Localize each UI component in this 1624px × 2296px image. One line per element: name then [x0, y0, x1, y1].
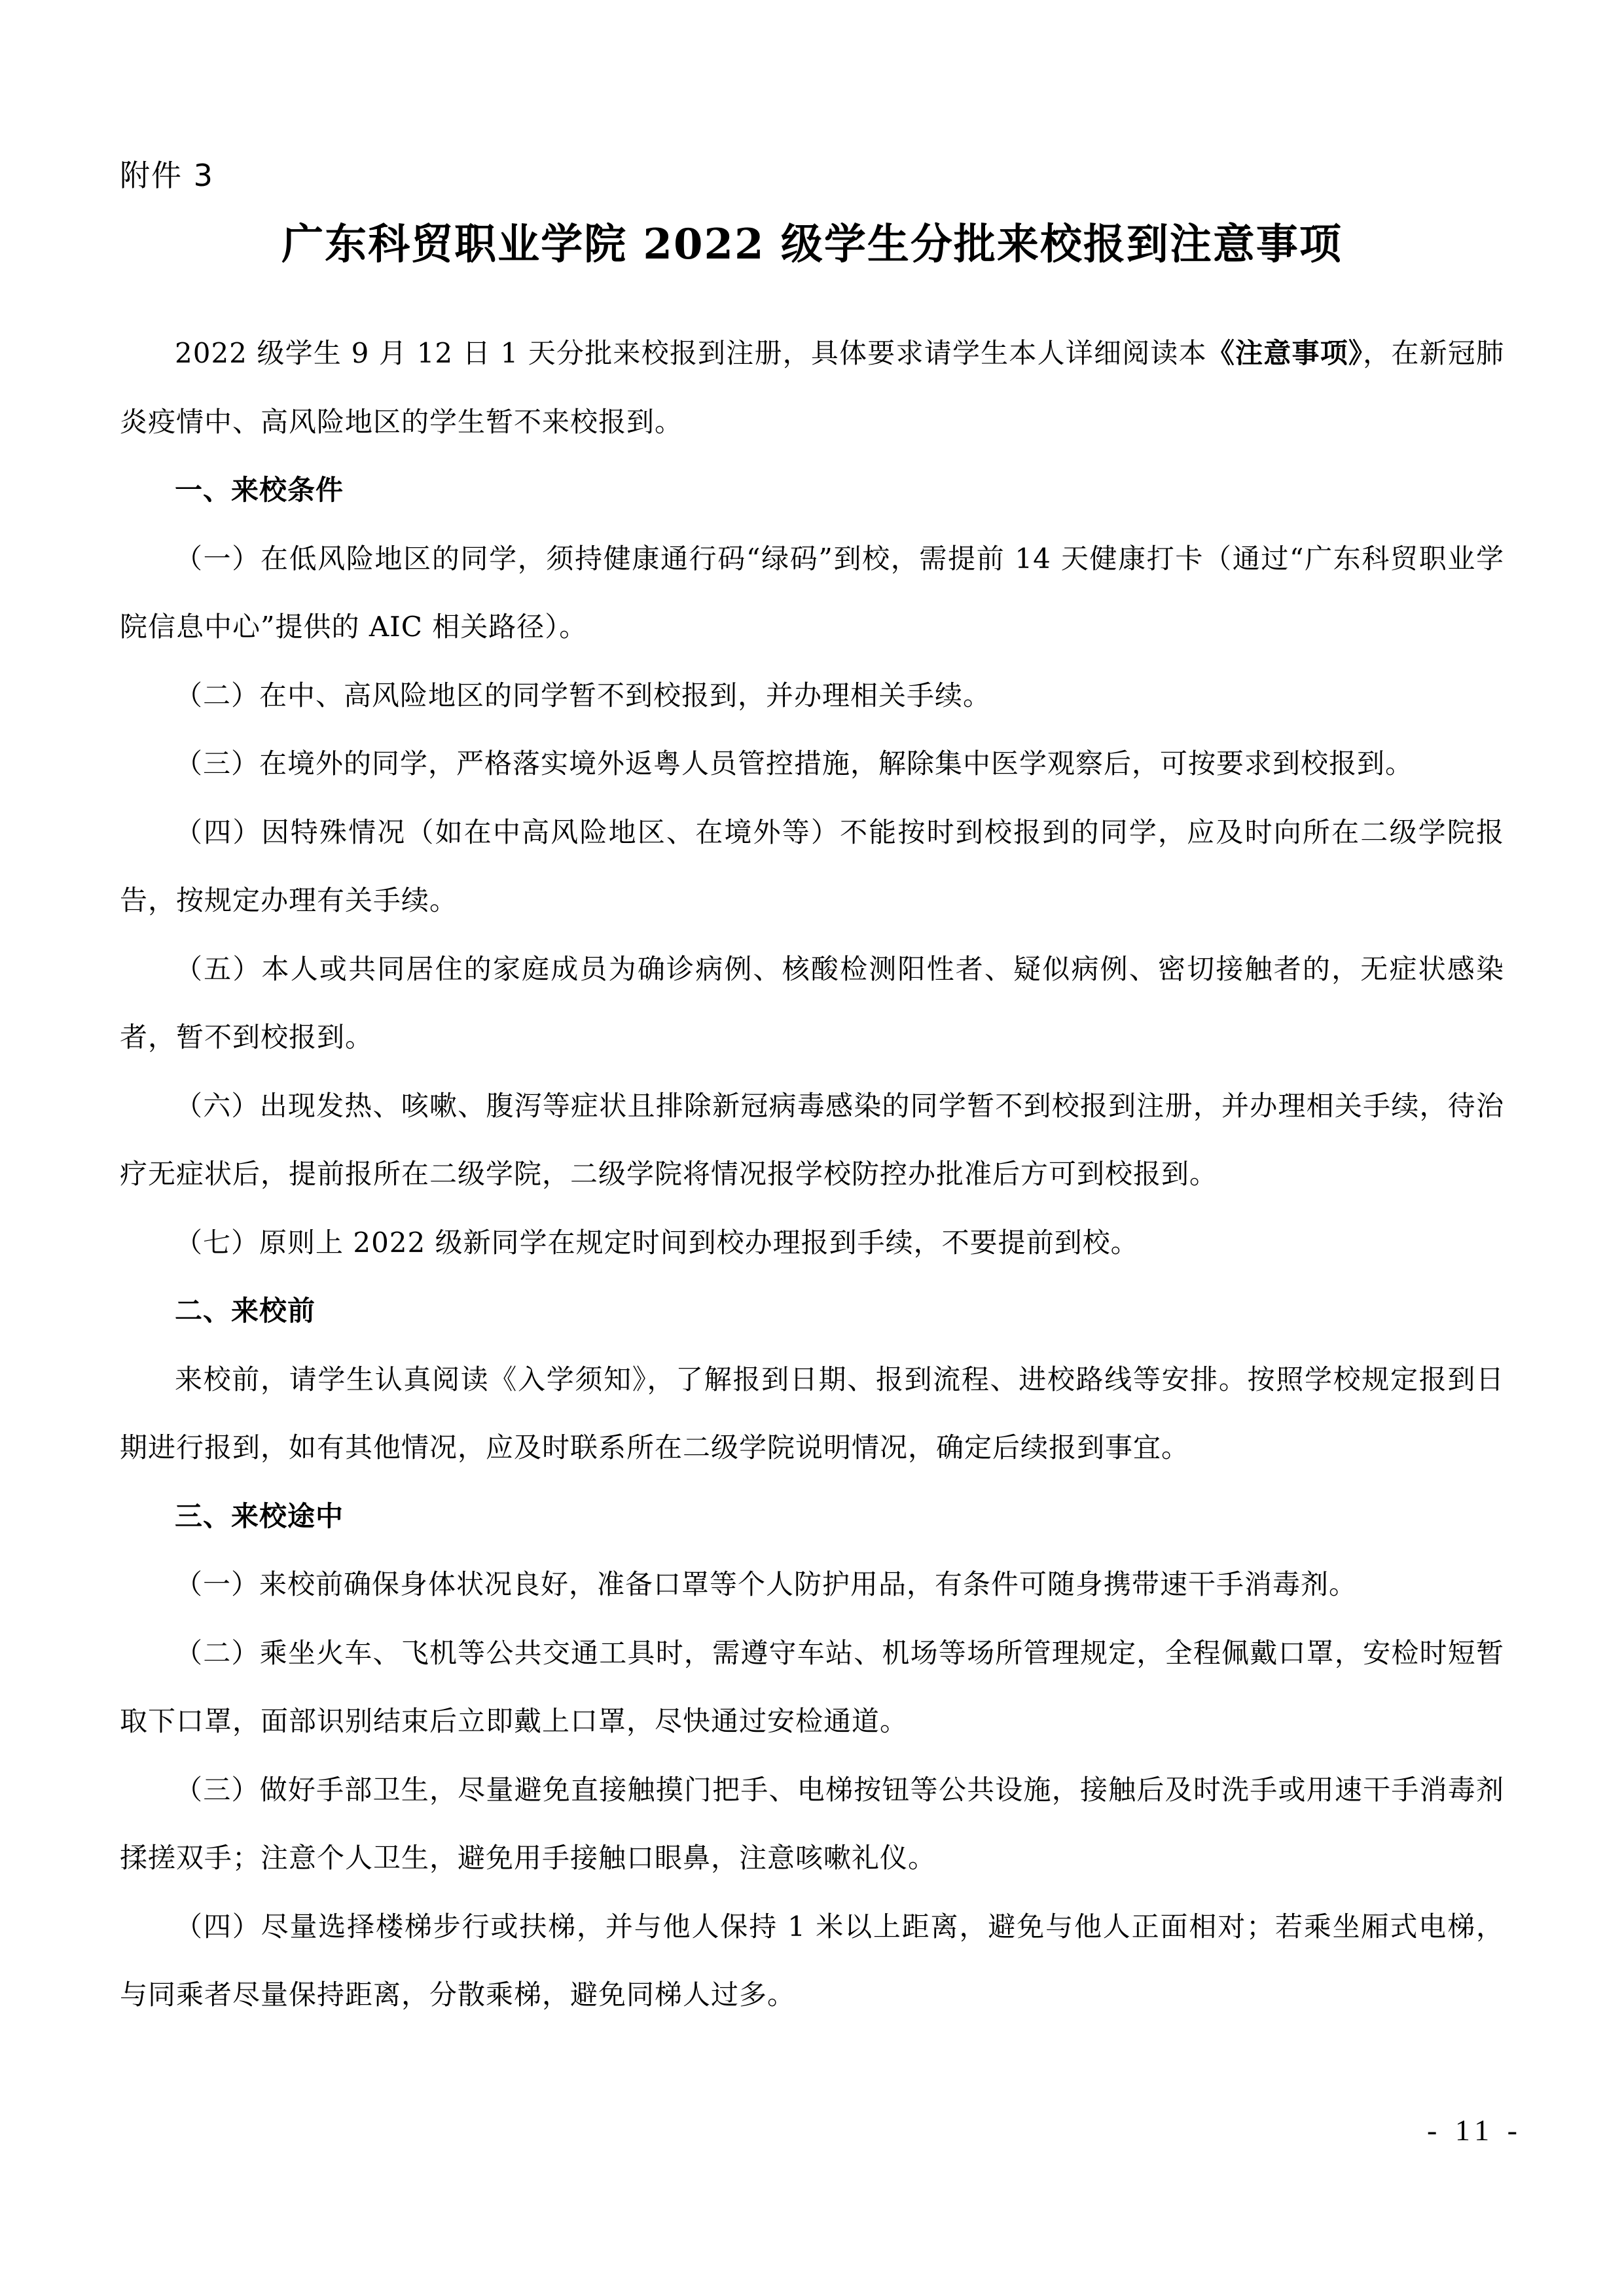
- paragraph: （一）来校前确保身体状况良好，准备口罩等个人防护用品，有条件可随身携带速干手消毒…: [120, 1551, 1504, 1619]
- section-heading-conditions: 一、来校条件: [120, 456, 1504, 525]
- section-heading-in-transit: 三、来校途中: [120, 1482, 1504, 1551]
- paragraph: （四）因特殊情况（如在中高风险地区、在境外等）不能按时到校报到的同学，应及时向所…: [120, 798, 1504, 935]
- paragraph: （四）尽量选择楼梯步行或扶梯，并与他人保持 1 米以上距离，避免与他人正面相对；…: [120, 1893, 1504, 2030]
- document-title: 广东科贸职业学院 2022 级学生分批来校报到注意事项: [0, 211, 1624, 271]
- paragraph: （二）乘坐火车、飞机等公共交通工具时，需遵守车站、机场等场所管理规定，全程佩戴口…: [120, 1619, 1504, 1756]
- paragraph: （三）做好手部卫生，尽量避免直接触摸门把手、电梯按钮等公共设施，接触后及时洗手或…: [120, 1756, 1504, 1893]
- section-heading-before-arrival: 二、来校前: [120, 1277, 1504, 1346]
- attachment-label: 附件 3: [120, 152, 214, 195]
- paragraph: （三）在境外的同学，严格落实境外返粤人员管控措施，解除集中医学观察后，可按要求到…: [120, 730, 1504, 798]
- intro-emphasis: 《注意事项》: [1207, 337, 1363, 369]
- paragraph: （五）本人或共同居住的家庭成员为确诊病例、核酸检测阳性者、疑似病例、密切接触者的…: [120, 935, 1504, 1072]
- paragraph: （一）在低风险地区的同学，须持健康通行码“绿码”到校，需提前 14 天健康打卡（…: [120, 525, 1504, 662]
- paragraph: （七）原则上 2022 级新同学在规定时间到校办理报到手续，不要提前到校。: [120, 1209, 1504, 1278]
- paragraph: 来校前，请学生认真阅读《入学须知》，了解报到日期、报到流程、进校路线等安排。按照…: [120, 1346, 1504, 1482]
- document-page: 附件 3 广东科贸职业学院 2022 级学生分批来校报到注意事项 2022 级学…: [0, 0, 1624, 2296]
- document-body: 2022 级学生 9 月 12 日 1 天分批来校报到注册，具体要求请学生本人详…: [120, 319, 1504, 2030]
- paragraph: （六）出现发热、咳嗽、腹泻等症状且排除新冠病毒感染的同学暂不到校报到注册，并办理…: [120, 1072, 1504, 1209]
- page-number: - 11 -: [1427, 2113, 1523, 2147]
- intro-paragraph: 2022 级学生 9 月 12 日 1 天分批来校报到注册，具体要求请学生本人详…: [120, 319, 1504, 456]
- intro-text: 2022 级学生 9 月 12 日 1 天分批来校报到注册，具体要求请学生本人详…: [175, 337, 1207, 369]
- paragraph: （二）在中、高风险地区的同学暂不到校报到，并办理相关手续。: [120, 662, 1504, 730]
